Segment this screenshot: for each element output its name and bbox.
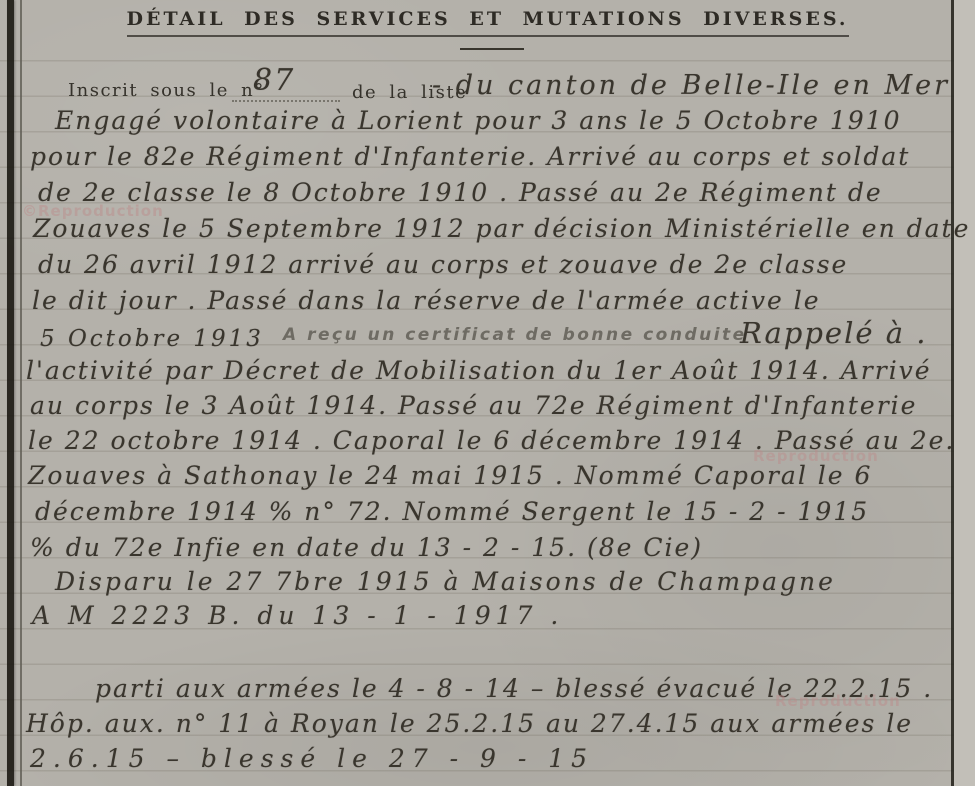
page-edge-strip <box>954 0 975 786</box>
reproduction-watermark: Reproduction <box>775 692 901 710</box>
conduct-certificate-stamp: A reçu un certificat de bonne conduite <box>283 325 747 345</box>
handwriting-line: Zouaves à Sathonay le 24 mai 1915 . Nomm… <box>28 461 872 490</box>
handwriting-line: 5 Octobre 1913 <box>40 326 264 352</box>
handwriting-line: pour le 82e Régiment d'Infanterie. Arriv… <box>30 142 910 171</box>
inscription-handwritten-canton: - du canton de Belle-Ile en Mer <box>432 70 950 101</box>
section-title: DÉTAIL DES SERVICES ET MUTATIONS DIVERSE… <box>40 8 935 37</box>
handwriting-line: Hôp. aux. n° 11 à Royan le 25.2.15 au 27… <box>26 709 913 738</box>
handwriting-line: Disparu le 27 7bre 1915 à Maisons de Cha… <box>55 567 836 596</box>
reproduction-watermark: ©Reproduction <box>22 202 164 220</box>
handwriting-line: de 2e classe le 8 Octobre 1910 . Passé a… <box>38 178 883 207</box>
reproduction-watermark: Reproduction <box>753 447 879 465</box>
page-border-left-thick <box>7 0 14 786</box>
handwriting-line: au corps le 3 Août 1914. Passé au 72e Ré… <box>30 391 917 420</box>
handwriting-line: A M 2223 B. du 13 - 1 - 1917 . <box>32 601 563 630</box>
dotted-fill-line <box>232 99 340 102</box>
section-title-text: DÉTAIL DES SERVICES ET MUTATIONS DIVERSE… <box>127 8 849 37</box>
title-divider-dash <box>460 48 524 50</box>
inscription-printed-prefix: Inscrit sous le n° <box>68 80 265 101</box>
handwriting-line: Zouaves le 5 Septembre 1912 par décision… <box>33 214 970 243</box>
registration-number: 87 <box>253 63 295 98</box>
handwriting-line: Engagé volontaire à Lorient pour 3 ans l… <box>55 106 902 135</box>
handwriting-line: décembre 1914 % n° 72. Nommé Sergent le … <box>35 497 869 526</box>
handwriting-line: l'activité par Décret de Mobilisation du… <box>26 356 932 385</box>
handwriting-line: le dit jour . Passé dans la réserve de l… <box>32 286 821 315</box>
handwriting-line: % du 72e Infie en date du 13 - 2 - 15. (… <box>30 533 703 562</box>
handwriting-line: du 26 avril 1912 arrivé au corps et zoua… <box>38 250 848 279</box>
military-service-record-scan: DÉTAIL DES SERVICES ET MUTATIONS DIVERSE… <box>0 0 975 786</box>
handwriting-line: 2.6.15 – blessé le 27 - 9 - 15 <box>30 744 594 773</box>
handwriting-line: Rappelé à . <box>740 316 927 350</box>
page-border-left-thin <box>20 0 22 786</box>
